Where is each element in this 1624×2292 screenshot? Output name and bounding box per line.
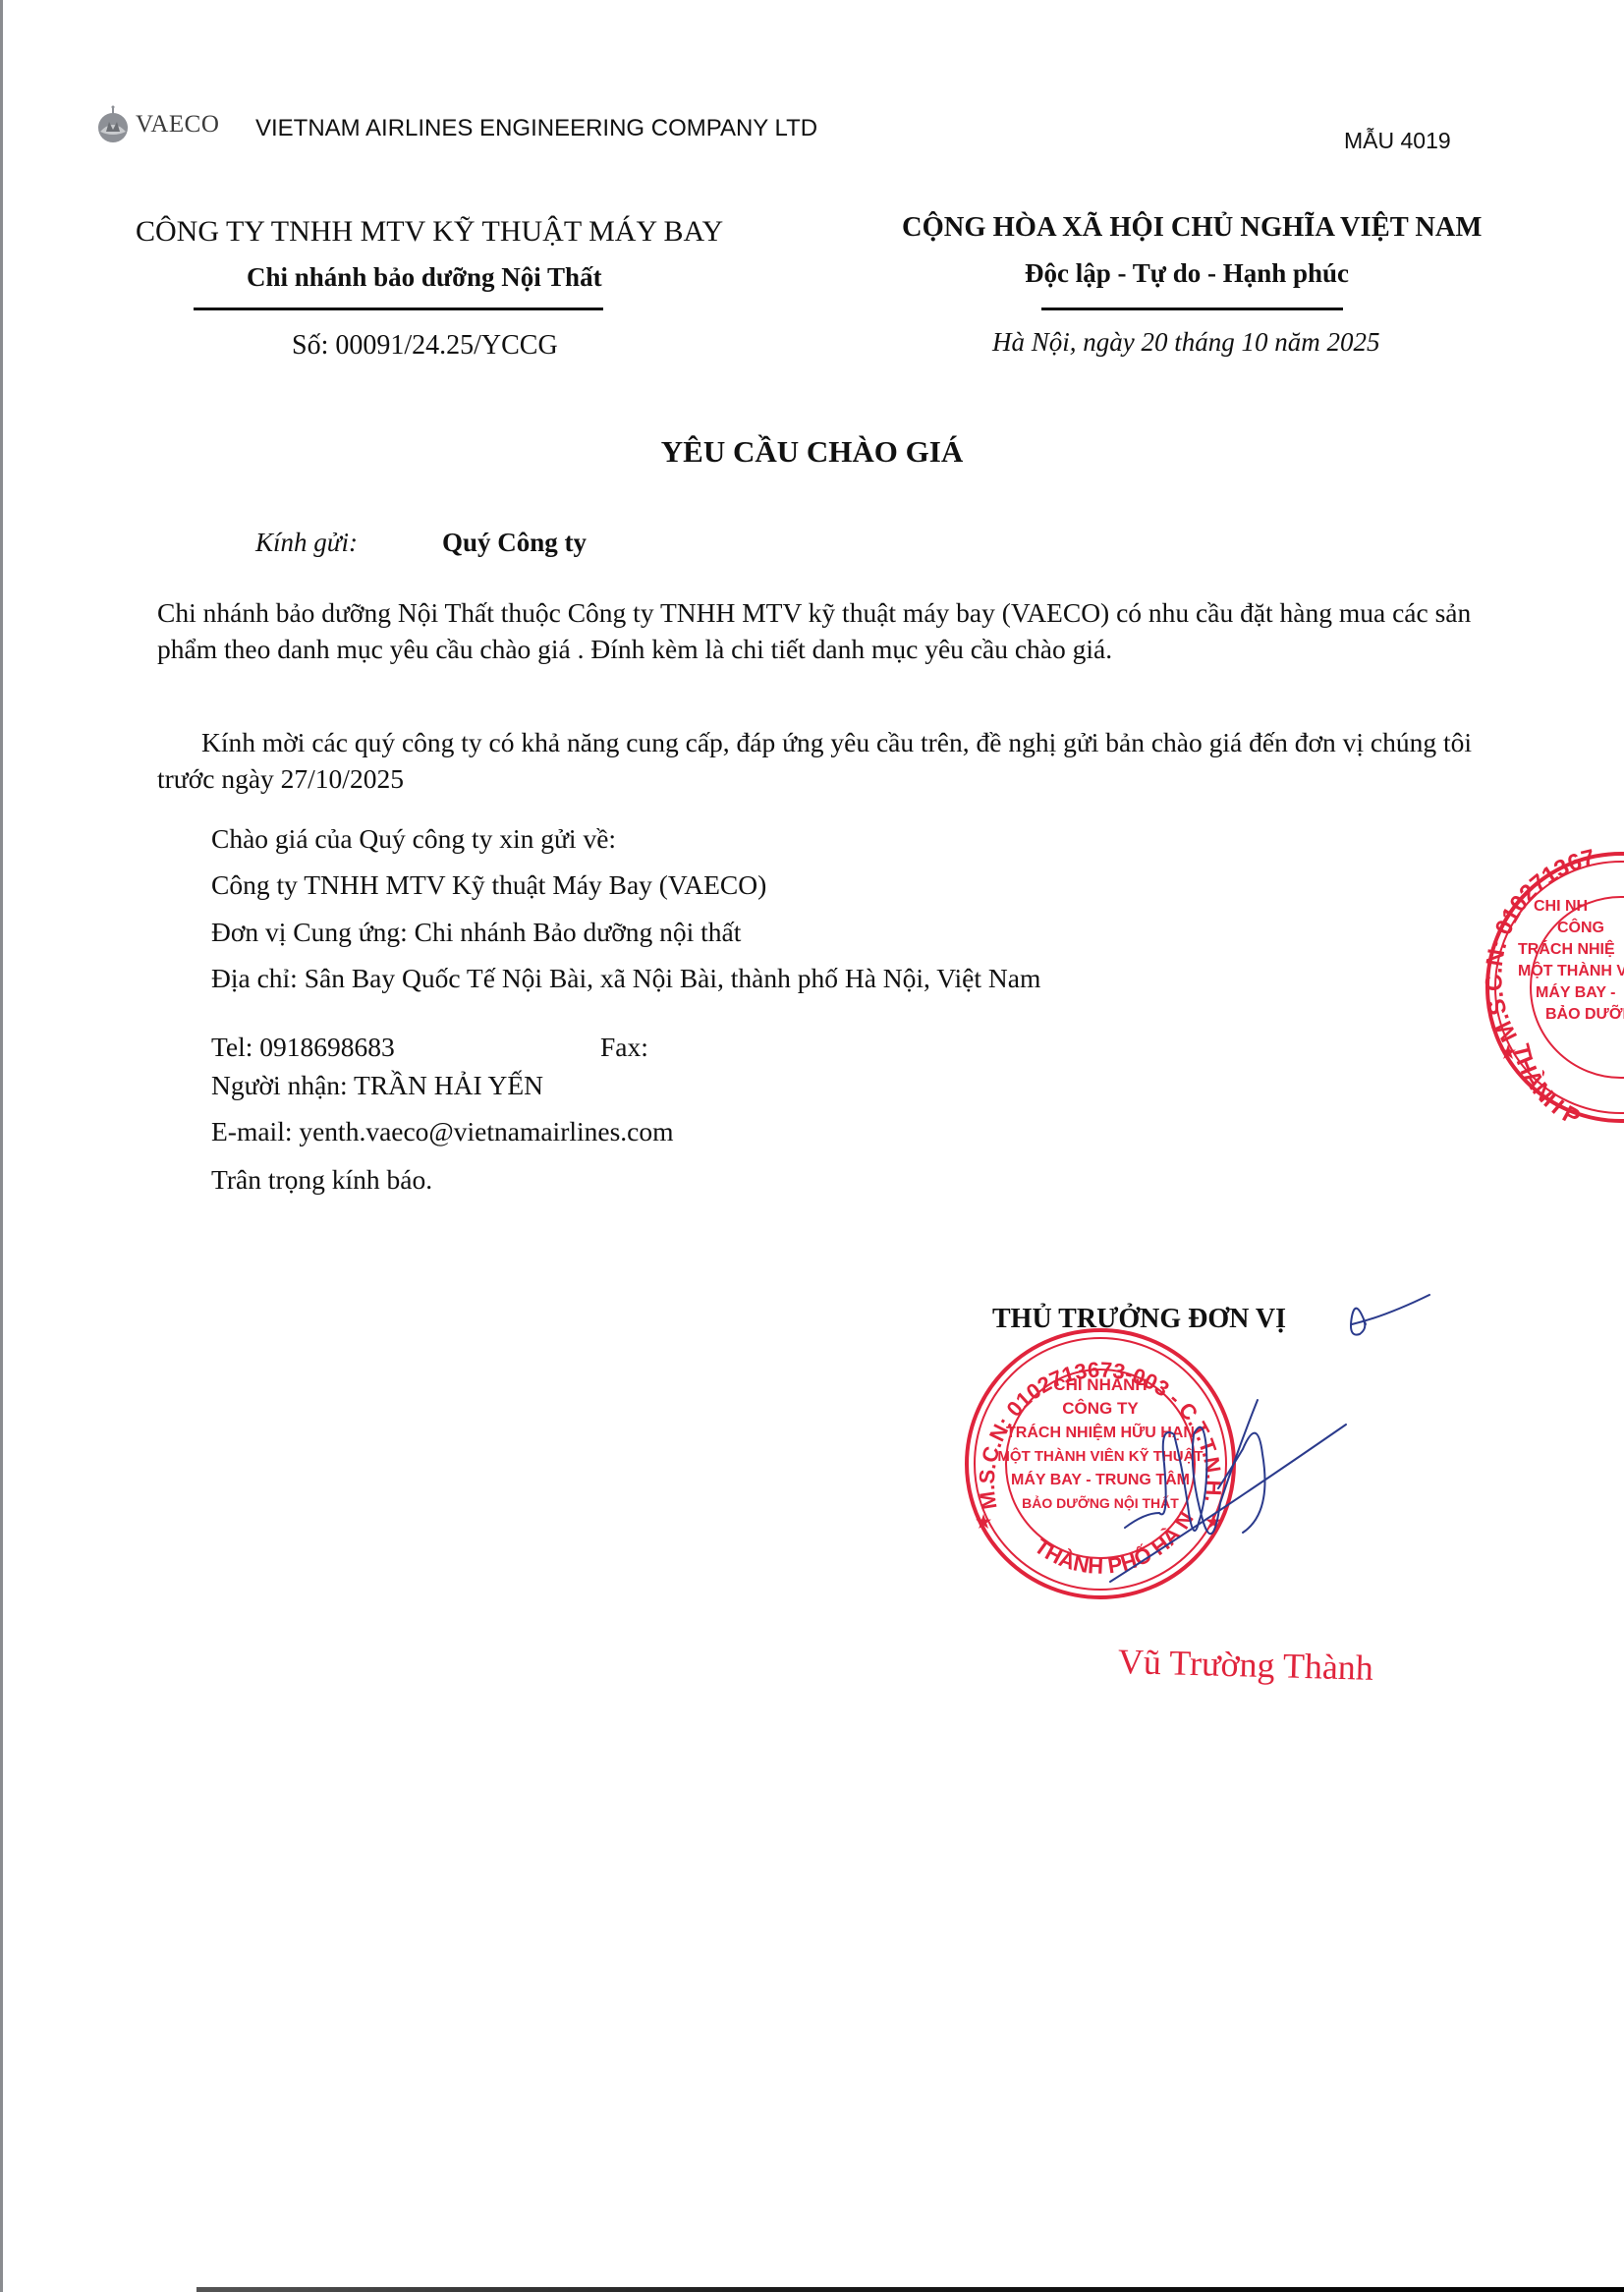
issuer-branch: Chi nhánh bảo dưỡng Nội Thất [247,262,602,293]
signer-name: Vũ Trường Thành [1117,1641,1373,1689]
form-number: MẪU 4019 [1344,128,1451,154]
scan-bottom-edge [196,2287,1624,2292]
recipient: Quý Công ty [442,528,587,558]
national-motto: Độc lập - Tự do - Hạnh phúc [1025,258,1349,289]
contact-intro: Chào giá của Quý công ty xin gửi về: [211,823,616,855]
svg-text:★: ★ [1500,1042,1517,1062]
body-paragraph-1: Chi nhánh bảo dưỡng Nội Thất thuộc Công … [157,594,1513,667]
document-number: Số: 00091/24.25/YCCG [292,330,558,362]
salutation-label: Kính gửi: [255,528,358,558]
svg-text:CÔNG: CÔNG [1557,918,1604,936]
divider-right [1041,307,1343,310]
logo-text: VAECO [136,111,219,139]
contact-company: Công ty TNHH MTV Kỹ thuật Máy Bay (VAECO… [211,869,766,901]
issuer-company: CÔNG TY TNHH MTV KỸ THUẬT MÁY BAY [136,215,723,249]
body-paragraph-2: Kính mời các quý công ty có khả năng cun… [157,724,1513,797]
svg-text:TRÁCH NHIỆ: TRÁCH NHIỆ [1518,939,1615,958]
svg-text:MÁY BAY -: MÁY BAY - [1536,982,1616,1001]
national-title: CỘNG HÒA XÃ HỘI CHỦ NGHĨA VIỆT NAM [902,212,1482,244]
svg-text:THÀNH P: THÀNH P [1507,1041,1585,1132]
company-name-en: VIETNAM AIRLINES ENGINEERING COMPANY LTD [255,115,817,142]
contact-email: E-mail: yenth.vaeco@vietnamairlines.com [211,1116,674,1147]
svg-text:MỘT THÀNH V: MỘT THÀNH V [1518,961,1624,979]
closing-line: Trân trọng kính báo. [211,1164,432,1196]
handwritten-signature [963,1277,1434,1611]
contact-fax: Fax: [600,1032,648,1063]
svg-text:CHI NH: CHI NH [1534,898,1588,915]
contact-receiver: Người nhận: TRẦN HẢI YẾN [211,1070,543,1101]
svg-text:BẢO DƯỠN: BẢO DƯỠN [1545,1003,1624,1023]
vaeco-logo: VAECO [92,104,219,145]
scan-left-edge [0,0,3,2292]
contact-tel: Tel: 0918698683 [211,1032,395,1063]
contact-address: Địa chỉ: Sân Bay Quốc Tế Nội Bài, xã Nội… [211,963,1040,994]
divider-left [194,307,603,310]
document-title: YÊU CẦU CHÀO GIÁ [0,434,1624,470]
place-date: Hà Nội, ngày 20 tháng 10 năm 2025 [992,327,1380,358]
side-stamp: M.S.C.N: 010271367 THÀNH P CHI NH CÔNG T… [1479,840,1624,1135]
contact-unit: Đơn vị Cung ứng: Chi nhánh Bảo dưỡng nội… [211,917,741,948]
lotus-globe-icon [92,104,134,145]
